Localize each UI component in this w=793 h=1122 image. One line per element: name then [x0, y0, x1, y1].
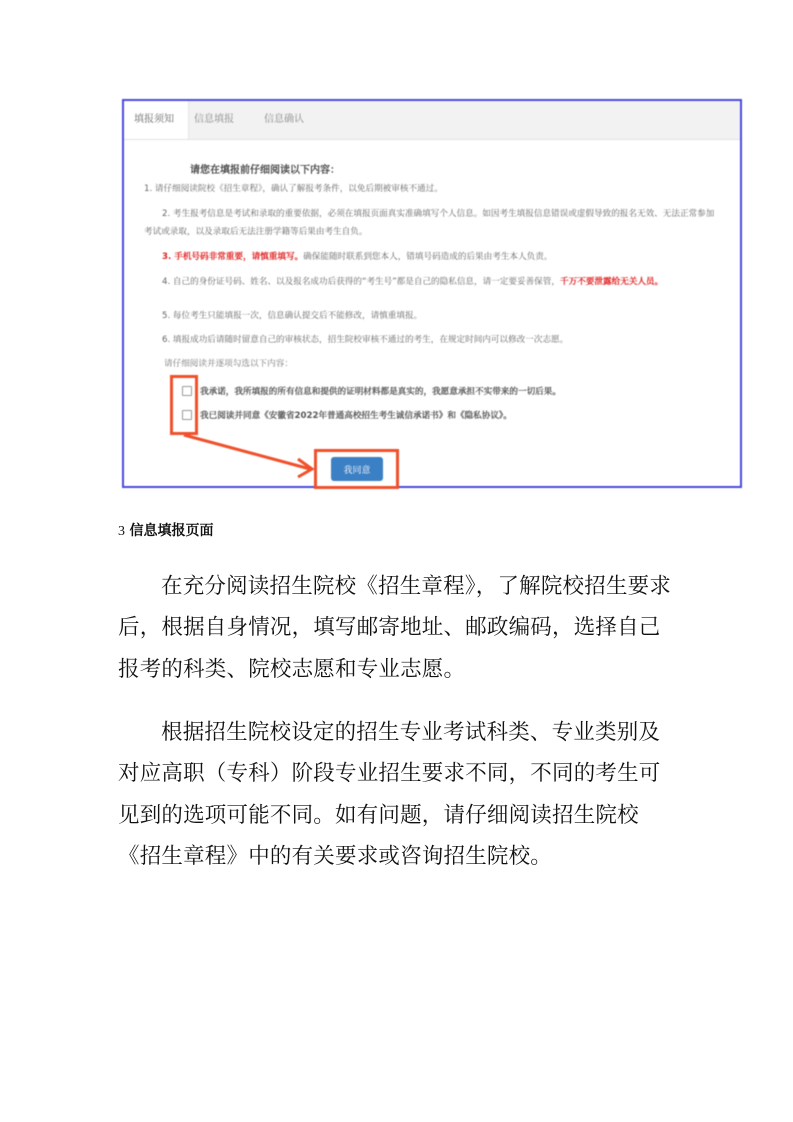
section-heading: 3 信息填报页面 [118, 520, 213, 540]
paragraph-2: 根据招生院校设定的招生专业考试科类、专业类别及对应高职（专科）阶段专业招生要求不… [118, 712, 678, 877]
agree-button[interactable]: 我同意 [331, 457, 383, 481]
notice-item-6: 6. 填报成功后请随时留意自己的审核状态，招生院校审核不通过的考生，在规定时间内… [144, 331, 718, 349]
notice-item-3: 3. 手机号码非常重要，请慎重填写。确保能随时联系到您本人，错填号码造成的后果由… [144, 248, 718, 266]
notice-title: 请您在填报前仔细阅读以下内容： [190, 161, 340, 176]
checkbox-highlight-box [170, 375, 198, 435]
tab-info-confirm[interactable]: 信息确认 [254, 101, 314, 139]
notice-item-1: 1. 请仔细阅读院校《招生章程》，确认了解报考条件，以免后期被审核不通过。 [144, 180, 718, 198]
notice-item-4: 4. 自己的身份证号码、姓名、以及报名成功后获得的“考生号”都是自己的隐私信息，… [144, 273, 718, 291]
tab-info-fill[interactable]: 信息填报 [184, 101, 244, 139]
embedded-screenshot: 填报须知 信息填报 信息确认 请您在填报前仔细阅读以下内容： 1. 请仔细阅读院… [122, 99, 742, 488]
notice-item-2: 2. 考生报考信息是考试和录取的重要依据，必须在填报页面真实准确填写个人信息。如… [144, 205, 718, 241]
warning-text: 3. 手机号码非常重要，请慎重填写。 [162, 252, 303, 262]
paragraph-1: 在充分阅读招生院校《招生章程》，了解院校招生要求后，根据自身情况，填写邮寄地址、… [118, 566, 678, 690]
checkbox-label: 我已阅读并同意《安徽省2022年普通高校招生考生诚信承诺书》和《隐私协议》。 [200, 409, 512, 421]
checkbox-agreement[interactable]: 我已阅读并同意《安徽省2022年普通高校招生考生诚信承诺书》和《隐私协议》。 [182, 409, 512, 421]
notice-item-5: 5. 每位考生只能填报一次，信息确认提交后不能修改，请慎重填报。 [144, 307, 718, 325]
tab-notice[interactable]: 填报须知 [124, 101, 189, 139]
checkbox-commitment[interactable]: 我承诺，我所填报的所有信息和提供的证明材料都是真实的，我愿意承担不实带来的一切后… [182, 385, 561, 397]
warning-text: 千万不要泄露给无关人员。 [560, 277, 663, 287]
tab-bar: 填报须知 信息填报 信息确认 [124, 101, 740, 140]
arrow-icon [124, 101, 744, 490]
checkbox-label: 我承诺，我所填报的所有信息和提供的证明材料都是真实的，我愿意承担不实带来的一切后… [200, 385, 561, 397]
confirm-title: 请仔细阅读并逐项勾选以下内容： [164, 357, 293, 369]
